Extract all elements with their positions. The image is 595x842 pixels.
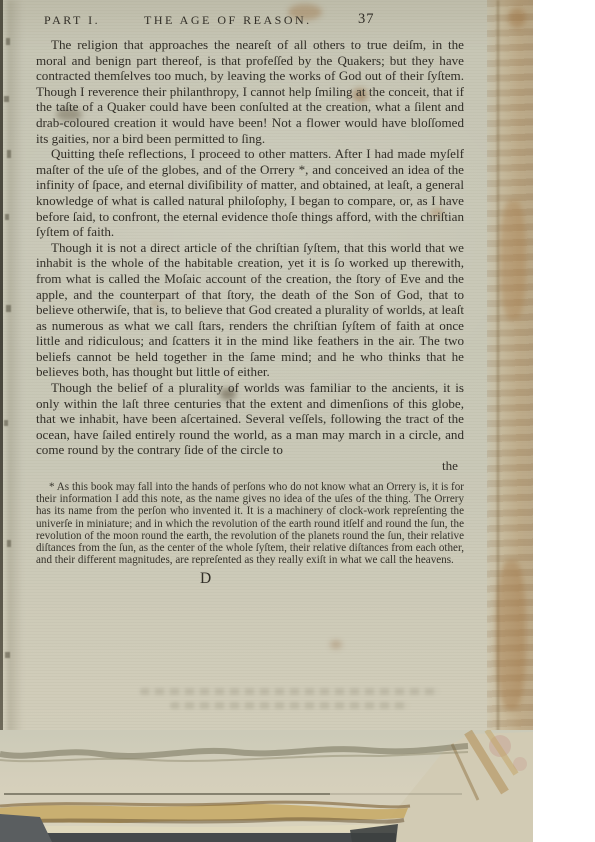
edge-water-stain <box>500 200 526 320</box>
page-header: PART I. THE AGE OF REASON. 37 <box>36 10 464 30</box>
footnote-text: * As this book may fall into the hands o… <box>36 481 464 567</box>
page-paper: PART I. THE AGE OF REASON. 37 The religi… <box>0 0 533 842</box>
foxing-spot <box>330 640 342 649</box>
signature-mark: D <box>36 570 464 588</box>
catchword: the <box>36 458 464 474</box>
show-through-ghost-text <box>170 702 410 709</box>
header-section-label: PART I. <box>44 13 100 28</box>
body-paragraph: The religion that approaches the neareſt… <box>36 37 464 146</box>
header-running-title: THE AGE OF REASON. <box>144 13 312 28</box>
gutter-edge-line <box>0 0 3 818</box>
body-paragraph: Quitting theſe reflections, I proceed to… <box>36 146 464 240</box>
gutter-shadow <box>7 0 23 780</box>
page-number: 37 <box>358 11 375 28</box>
body-text: The religion that approaches the neareſt… <box>36 37 464 458</box>
torn-bottom-edge <box>0 730 533 842</box>
edge-water-stain <box>496 560 526 710</box>
paper-stain <box>508 8 526 28</box>
text-block: PART I. THE AGE OF REASON. 37 The religi… <box>36 10 464 588</box>
body-paragraph: Though the belief of a plurality of worl… <box>36 380 464 458</box>
body-paragraph: Though it is not a direct article of the… <box>36 240 464 380</box>
book-page-scan: PART I. THE AGE OF REASON. 37 The religi… <box>0 0 595 842</box>
show-through-ghost-text <box>140 688 440 695</box>
torn-edge-graphic <box>0 730 533 842</box>
